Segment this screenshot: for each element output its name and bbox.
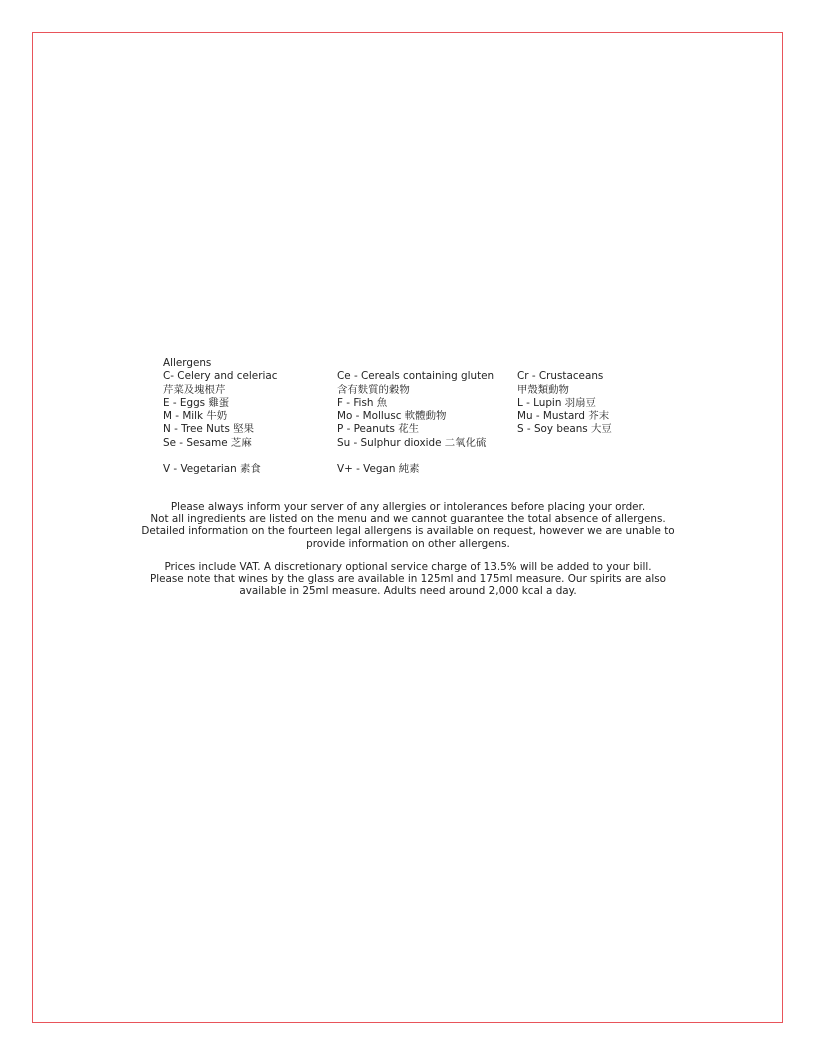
allergen-celery: C- Celery and celeriac [163, 370, 277, 383]
allergen-peanuts: P - Peanuts 花生 [337, 423, 494, 436]
notice-line: available in 25ml measure. Adults need a… [140, 585, 676, 597]
allergen-fish: F - Fish 魚 [337, 397, 494, 410]
notice-line: Please always inform your server of any … [140, 501, 676, 513]
allergen-sesame: Se - Sesame 芝麻 [163, 437, 277, 450]
allergen-cereals-chinese: 含有麩質的穀物 [337, 384, 494, 397]
allergen-tree-nuts: N - Tree Nuts 堅果 [163, 423, 277, 436]
allergy-notice: Please always inform your server of any … [140, 501, 676, 550]
allergen-crustaceans: Cr - Crustaceans [517, 370, 612, 383]
allergen-celery-chinese: 芹菜及塊根芹 [163, 384, 277, 397]
allergen-eggs: E - Eggs 雞蛋 [163, 397, 277, 410]
allergen-sulphur-dioxide: Su - Sulphur dioxide 二氧化硫 [337, 437, 494, 450]
allergen-mollusc: Mo - Mollusc 軟體動物 [337, 410, 494, 423]
allergen-cereals: Ce - Cereals containing gluten [337, 370, 494, 383]
allergen-milk: M - Milk 牛奶 [163, 410, 277, 423]
notice-line: Not all ingredients are listed on the me… [140, 513, 676, 525]
diet-vegan: V+ - Vegan 純素 [337, 463, 494, 476]
spacer [163, 450, 277, 463]
allergen-lupin: L - Lupin 羽扇豆 [517, 397, 612, 410]
allergen-heading: Allergens [163, 357, 211, 370]
diet-vegetarian: V - Vegetarian 素食 [163, 463, 277, 476]
spacer [337, 450, 494, 463]
allergen-column-3: Cr - Crustaceans 甲殼類動物 L - Lupin 羽扇豆 Mu … [517, 370, 612, 436]
allergen-column-2: Ce - Cereals containing gluten 含有麩質的穀物 F… [337, 370, 494, 476]
allergen-column-1: C- Celery and celeriac 芹菜及塊根芹 E - Eggs 雞… [163, 370, 277, 476]
notice-line: Please note that wines by the glass are … [140, 573, 676, 585]
notice-line: Detailed information on the fourteen leg… [140, 525, 676, 537]
allergen-crustaceans-chinese: 甲殼類動物 [517, 384, 612, 397]
allergen-soy-beans: S - Soy beans 大豆 [517, 423, 612, 436]
allergen-mustard: Mu - Mustard 芥末 [517, 410, 612, 423]
notice-line: provide information on other allergens. [140, 538, 676, 550]
notice-line: Prices include VAT. A discretionary opti… [140, 561, 676, 573]
pricing-notice: Prices include VAT. A discretionary opti… [140, 561, 676, 598]
